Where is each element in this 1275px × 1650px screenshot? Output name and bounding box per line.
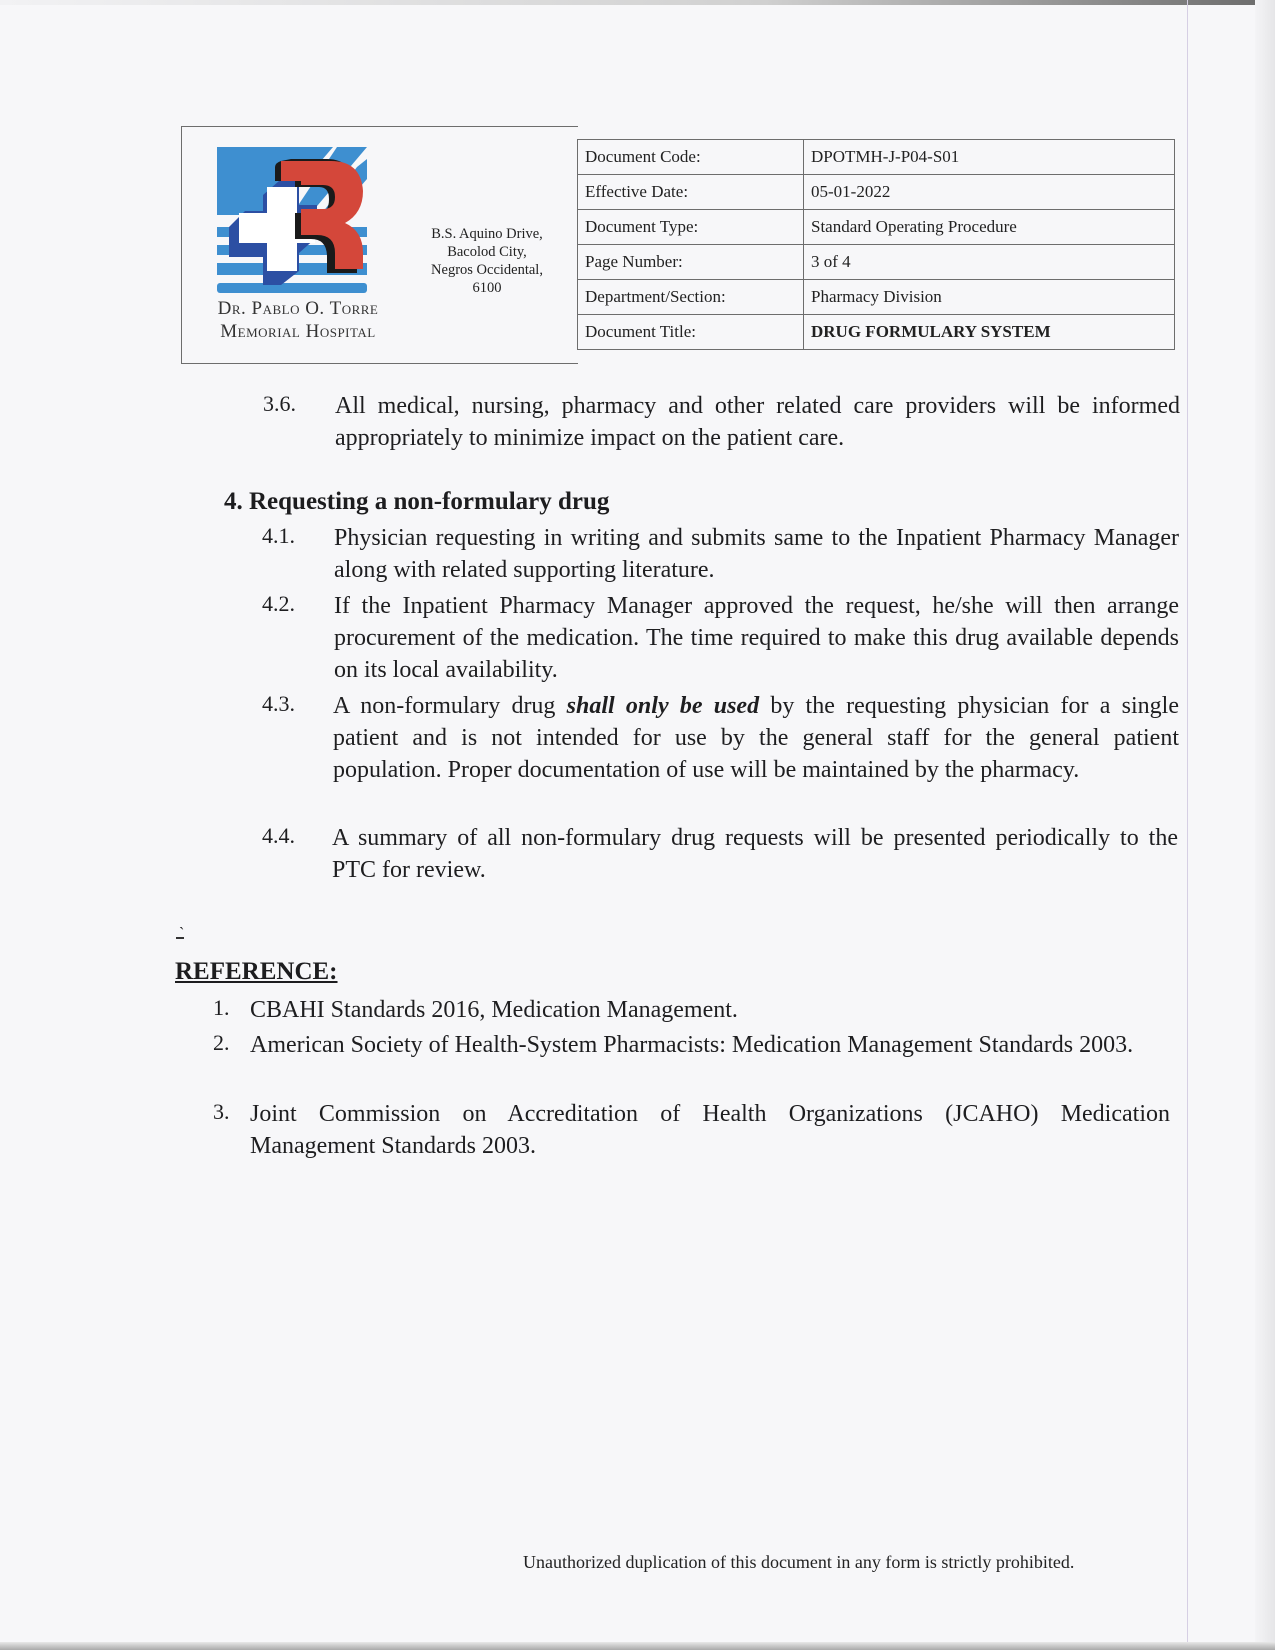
scan-bottom-edge — [0, 1642, 1275, 1650]
item-4-3-text-before: A non-formulary drug — [333, 693, 567, 719]
item-number: 3.6. — [263, 388, 296, 420]
item-number: 4.1. — [262, 520, 295, 552]
reference-item: American Society of Health-System Pharma… — [250, 1029, 1170, 1061]
meta-label: Page Number: — [578, 245, 804, 280]
scan-top-edge — [0, 0, 1275, 5]
page-margin-rule — [1187, 0, 1188, 1650]
meta-value-document-code: DPOTMH-J-P04-S01 — [804, 140, 1175, 175]
meta-value-department: Pharmacy Division — [804, 280, 1175, 315]
reference-heading: REFERENCE: — [175, 958, 338, 986]
item-4-3-emphasis: shall only be used — [567, 693, 759, 719]
item-3-6-text: All medical, nursing, pharmacy and other… — [335, 390, 1180, 454]
item-number: 4.3. — [262, 688, 295, 720]
meta-value-document-title: DRUG FORMULARY SYSTEM — [804, 315, 1175, 350]
document-meta-table: Document Code: DPOTMH-J-P04-S01 Effectiv… — [577, 139, 1175, 350]
meta-value-page-number: 3 of 4 — [804, 245, 1175, 280]
meta-label: Effective Date: — [578, 175, 804, 210]
reference-number: 3. — [213, 1096, 230, 1128]
item-4-4-text: A summary of all non-formulary drug requ… — [332, 822, 1178, 886]
reference-item: CBAHI Standards 2016, Medication Managem… — [250, 994, 1175, 1026]
meta-label: Document Code: — [578, 140, 804, 175]
meta-label: Department/Section: — [578, 280, 804, 315]
address-line: Bacolod City, — [412, 243, 562, 261]
item-4-2-text: If the Inpatient Pharmacy Manager approv… — [334, 590, 1179, 686]
meta-row: Department/Section: Pharmacy Division — [578, 280, 1175, 315]
item-number: 4.4. — [262, 820, 295, 852]
section-4-heading: 4. Requesting a non-formulary drug — [224, 486, 609, 518]
hospital-name-line1: Dr. Pablo O. Torre — [188, 297, 408, 320]
stray-mark: ` — [179, 925, 184, 943]
hospital-address: B.S. Aquino Drive, Bacolod City, Negros … — [412, 225, 562, 297]
scan-right-edge — [1255, 0, 1275, 1650]
reference-number: 1. — [213, 992, 230, 1024]
meta-row: Page Number: 3 of 4 — [578, 245, 1175, 280]
meta-label: Document Type: — [578, 210, 804, 245]
reference-number: 2. — [213, 1027, 230, 1059]
address-line: 6100 — [412, 279, 562, 297]
meta-value-document-type: Standard Operating Procedure — [804, 210, 1175, 245]
item-number: 4.2. — [262, 588, 295, 620]
meta-row: Document Code: DPOTMH-J-P04-S01 — [578, 140, 1175, 175]
reference-item: Joint Commission on Accreditation of Hea… — [250, 1098, 1170, 1162]
meta-value-effective-date: 05-01-2022 — [804, 175, 1175, 210]
meta-row: Effective Date: 05-01-2022 — [578, 175, 1175, 210]
stray-dash — [176, 937, 184, 939]
item-4-3-text: A non-formulary drug shall only be used … — [333, 690, 1179, 786]
meta-row: Document Title: DRUG FORMULARY SYSTEM — [578, 315, 1175, 350]
address-line: B.S. Aquino Drive, — [412, 225, 562, 243]
hospital-cross-r-logo-icon — [215, 145, 367, 295]
footer-notice: Unauthorized duplication of this documen… — [523, 1552, 1074, 1573]
hospital-name: Dr. Pablo O. Torre Memorial Hospital — [188, 297, 408, 343]
hospital-name-line2: Memorial Hospital — [188, 320, 408, 343]
address-line: Negros Occidental, — [412, 261, 562, 279]
document-header: Dr. Pablo O. Torre Memorial Hospital B.S… — [181, 126, 1179, 364]
hospital-logo-cell: Dr. Pablo O. Torre Memorial Hospital B.S… — [181, 126, 578, 364]
item-4-1-text: Physician requesting in writing and subm… — [334, 522, 1179, 586]
meta-label: Document Title: — [578, 315, 804, 350]
meta-row: Document Type: Standard Operating Proced… — [578, 210, 1175, 245]
